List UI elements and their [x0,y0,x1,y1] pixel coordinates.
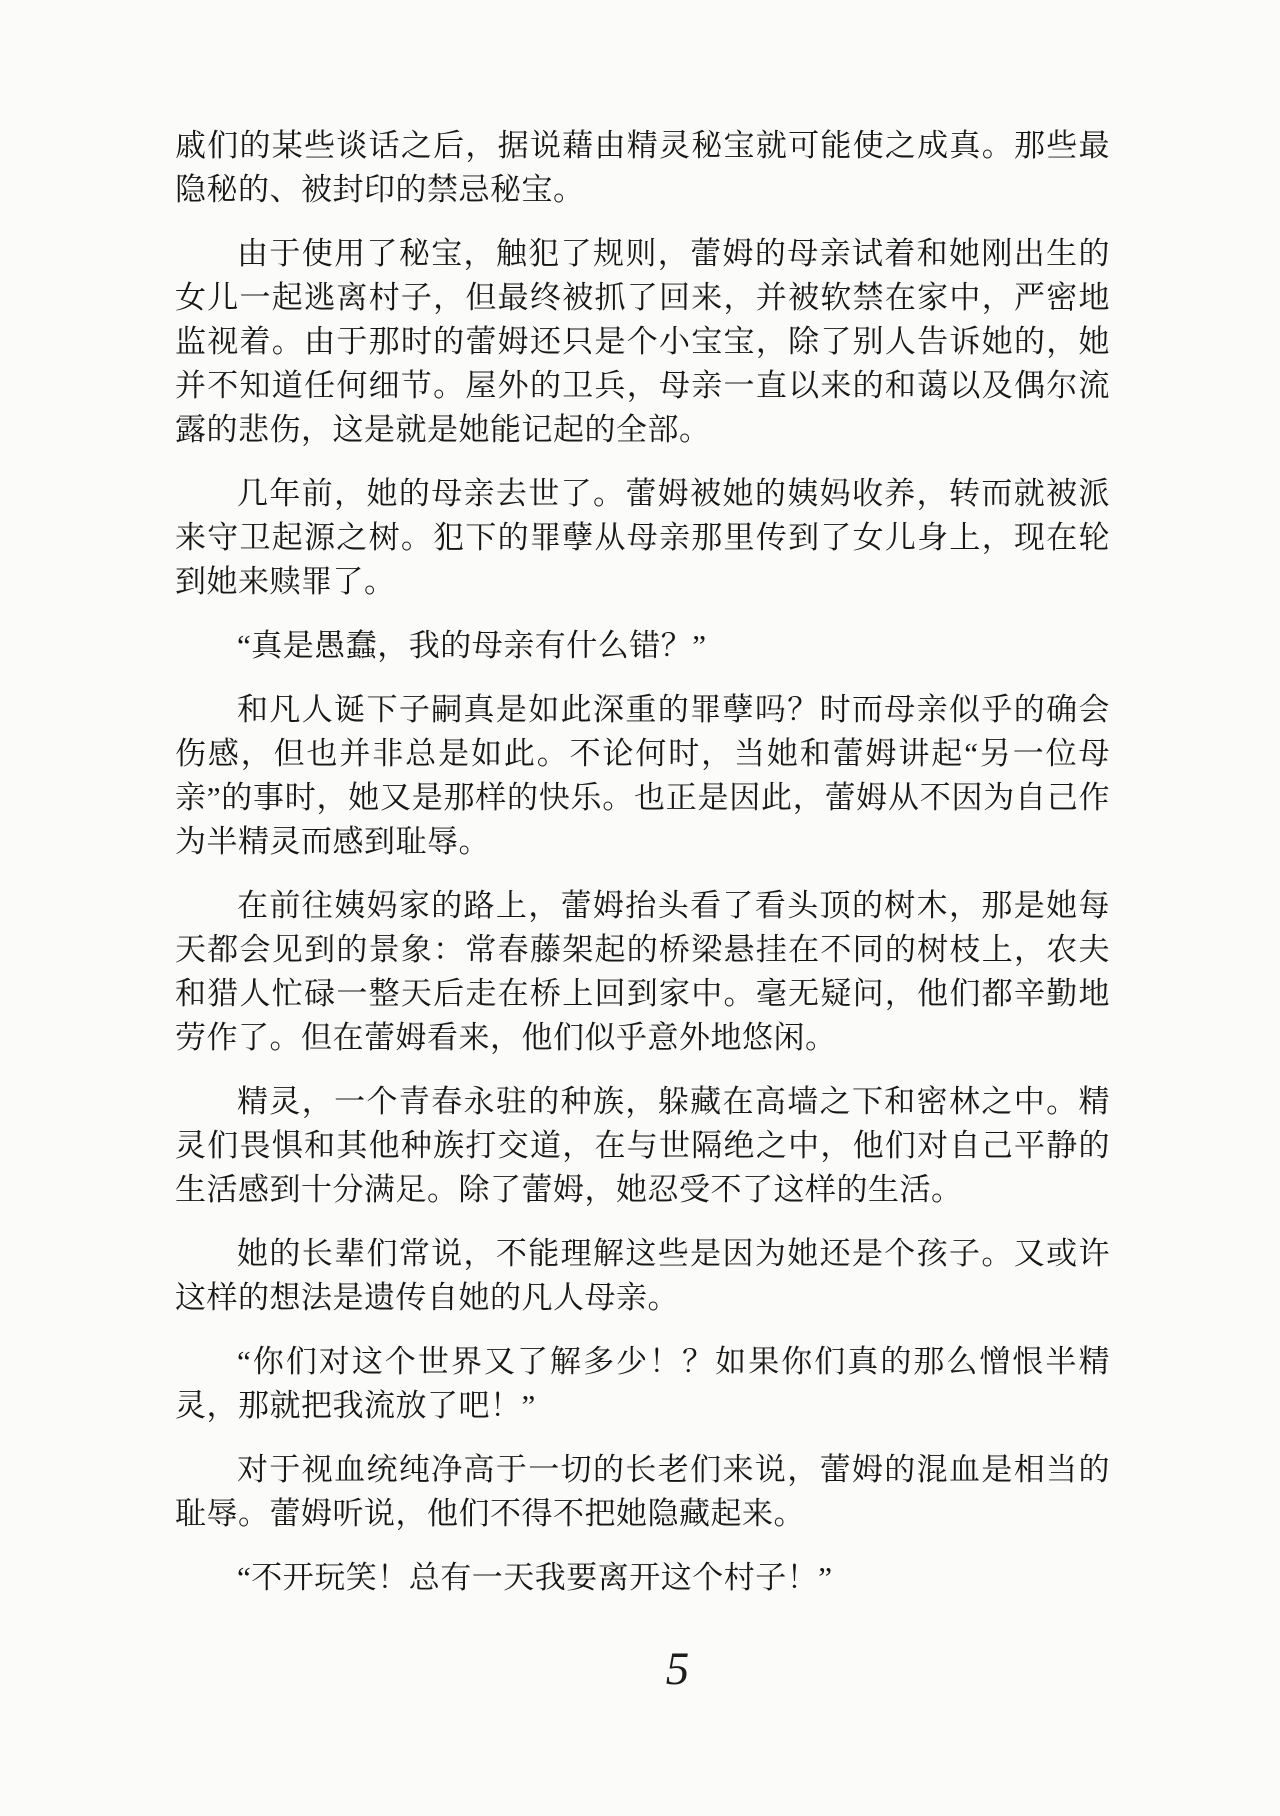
paragraph: 几年前，她的母亲去世了。蕾姆被她的姨妈收养，转而就被派来守卫起源之树。犯下的罪孽… [175,472,1110,604]
paragraph: 由于使用了秘宝，触犯了规则，蕾姆的母亲试着和她刚出生的女儿一起逃离村子，但最终被… [175,232,1110,452]
dialogue-paragraph: “你们对这个世界又了解多少！？如果你们真的那么憎恨半精灵，那就把我流放了吧！” [175,1340,1110,1428]
paragraph: 在前往姨妈家的路上，蕾姆抬头看了看头顶的树木，那是她每天都会见到的景象：常春藤架… [175,884,1110,1060]
paragraph: 她的长辈们常说，不能理解这些是因为她还是个孩子。又或许这样的想法是遗传自她的凡人… [175,1232,1110,1320]
page-number: 5 [245,1642,1110,1696]
dialogue-paragraph: “不开玩笑！总有一天我要离开这个村子！” [175,1556,1110,1600]
page-content: 戚们的某些谈话之后，据说藉由精灵秘宝就可能使之成真。那些最隐秘的、被封印的禁忌秘… [175,124,1110,1696]
dialogue-paragraph: “真是愚蠢，我的母亲有什么错？” [175,624,1110,668]
book-page: 戚们的某些谈话之后，据说藉由精灵秘宝就可能使之成真。那些最隐秘的、被封印的禁忌秘… [0,0,1280,1816]
paragraph: 精灵，一个青春永驻的种族，躲藏在高墙之下和密林之中。精灵们畏惧和其他种族打交道，… [175,1080,1110,1212]
paragraph: 和凡人诞下子嗣真是如此深重的罪孽吗？时而母亲似乎的确会伤感，但也并非总是如此。不… [175,688,1110,864]
paragraph: 戚们的某些谈话之后，据说藉由精灵秘宝就可能使之成真。那些最隐秘的、被封印的禁忌秘… [175,124,1110,212]
paragraph: 对于视血统纯净高于一切的长老们来说，蕾姆的混血是相当的耻辱。蕾姆听说，他们不得不… [175,1448,1110,1536]
